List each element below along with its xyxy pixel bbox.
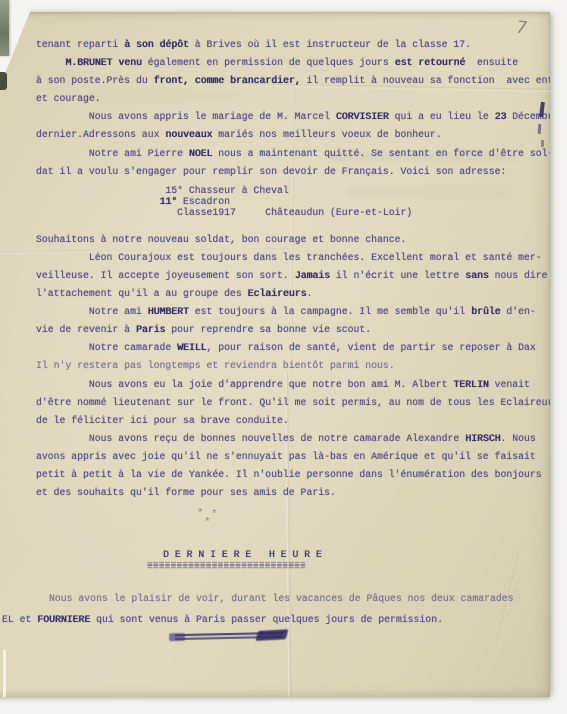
typed-line: veilleuse. Il accepte joyeusement son so… bbox=[36, 267, 550, 285]
asterisk-mark: * bbox=[211, 509, 218, 521]
typed-line: d'être nommé lieutenant sur le front. Qu… bbox=[36, 394, 550, 412]
typed-line: M.BRUNET venu également en permission de… bbox=[36, 54, 550, 72]
heading-underline: =========================== bbox=[147, 562, 306, 569]
ink-scribble-mark bbox=[175, 629, 283, 645]
typed-line: à son poste.Près du front, comme brancar… bbox=[36, 72, 550, 90]
typed-body-text: tenant reparti à son dépôt à Brives où i… bbox=[36, 36, 550, 502]
typed-line: dernier.Adressons aux nouveaux mariés no… bbox=[36, 126, 550, 144]
asterisk-mark: * bbox=[204, 517, 211, 529]
typed-line: l'attachement qu'il a au groupe des Ecla… bbox=[36, 285, 550, 303]
typed-line: Classe1917 Châteaudun (Eure-et-Loir) bbox=[36, 207, 550, 218]
typed-line: petit à petit à la vie de Yankée. Il n'o… bbox=[36, 466, 550, 484]
derniere-heure-heading: D E R N I E R E H E U R E bbox=[163, 549, 322, 560]
typed-line: Nous avons appris le mariage de M. Marce… bbox=[36, 108, 550, 126]
typed-line: Nous avons le plaisir de voir, durant le… bbox=[2, 588, 550, 609]
page-seam bbox=[3, 650, 6, 697]
typed-line: et des souhaits qu'il forme pour ses ami… bbox=[36, 484, 550, 502]
typed-closing-text: Nous avons le plaisir de voir, durant le… bbox=[2, 588, 550, 630]
typed-line: et courage. bbox=[36, 90, 550, 108]
typed-line: Nous avons eu la joie d'apprendre que no… bbox=[36, 376, 550, 394]
adjacent-page-mark bbox=[0, 72, 7, 90]
typed-line: Il n'y restera pas longtemps et reviendr… bbox=[36, 357, 550, 375]
typed-line: vie de revenir à Paris pour reprendre sa… bbox=[36, 321, 550, 339]
scanned-document-page: 7 tenant reparti à son dépôt à Brives où… bbox=[0, 0, 567, 714]
typed-line: 11° Escadron bbox=[36, 196, 550, 207]
typed-line: Notre ami HUMBERT est toujours à la camp… bbox=[36, 303, 550, 321]
typed-line: Nous avons reçu de bonnes nouvelles de n… bbox=[36, 430, 550, 448]
typed-line: de le féliciter ici pour sa brave condui… bbox=[36, 412, 550, 430]
typed-line: Léon Courajoux est toujours dans les tra… bbox=[36, 249, 550, 267]
adjacent-page-edge bbox=[0, 0, 9, 56]
typed-line: tenant reparti à son dépôt à Brives où i… bbox=[36, 36, 550, 54]
paper-sheet: 7 tenant reparti à son dépôt à Brives où… bbox=[0, 12, 550, 697]
typed-line: EL et FOURNIERE qui sont venus à Paris p… bbox=[2, 609, 550, 630]
typed-line: dat il a voulu s'engager pour remplir so… bbox=[36, 163, 550, 181]
typed-line: 15° Chasseur à Cheval bbox=[36, 185, 550, 196]
ink-smudge bbox=[541, 140, 544, 147]
typed-line: Notre camarade WEILL, pour raison de san… bbox=[36, 339, 550, 357]
asterisk-separator: * * * bbox=[197, 508, 223, 526]
typed-line: Souhaitons à notre nouveau soldat, bon c… bbox=[36, 231, 550, 249]
asterisk-mark: * bbox=[197, 508, 204, 520]
typed-line: Notre ami Pierre NOEL nous a maintenant … bbox=[36, 145, 550, 163]
typed-line: avons appris avec joie qu'il ne s'ennuya… bbox=[36, 448, 550, 466]
